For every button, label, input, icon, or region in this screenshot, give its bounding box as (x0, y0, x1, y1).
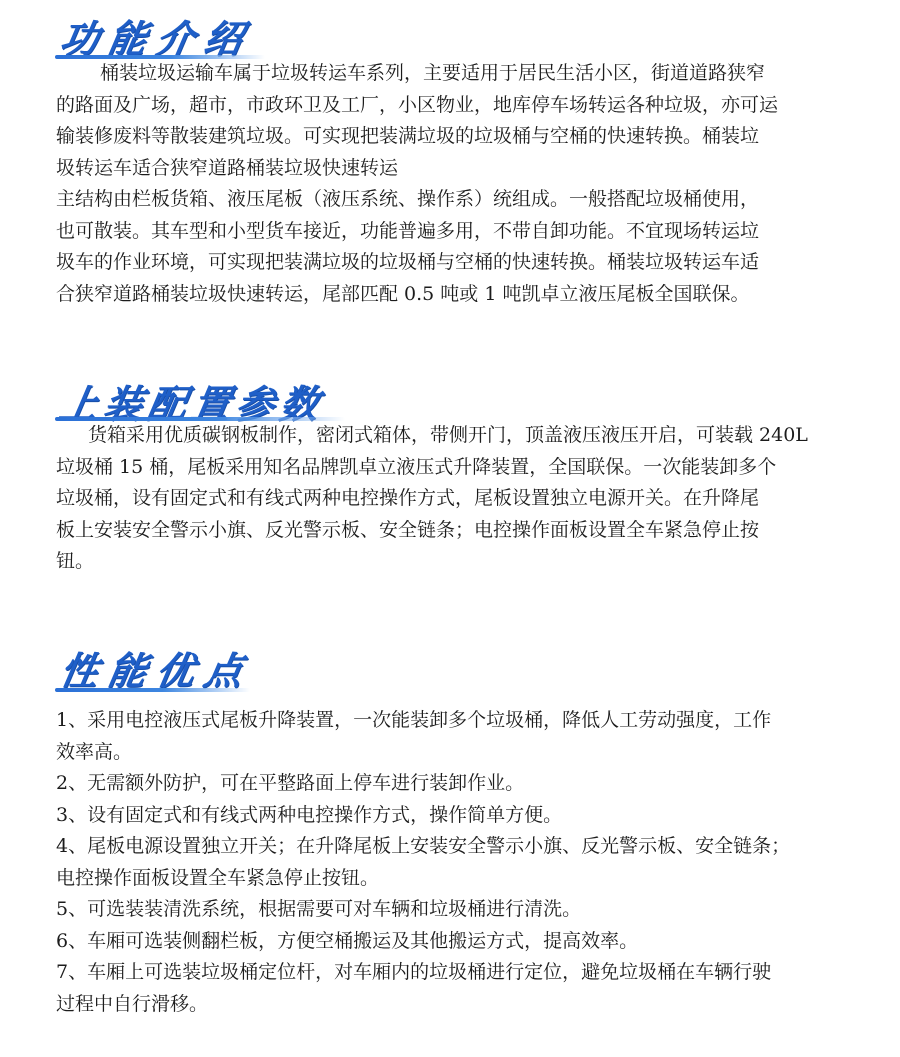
list-item: 4、尾板电源设置独立开关；在升降尾板上安装安全警示小旗、反光警示板、安全链条； (56, 831, 846, 863)
paragraph-line: 桶装垃圾运输车属于垃圾转运车系列，主要适用于居民生活小区，街道道路狭窄 (56, 58, 846, 90)
paragraph-line: 板上安装安全警示小旗、反光警示板、安全链条；电控操作面板设置全车紧急停止按 (56, 515, 846, 547)
list-item: 3、设有固定式和有线式两种电控操作方式，操作简单方便。 (56, 800, 846, 832)
list-item-continuation: 过程中自行滑移。 (56, 989, 846, 1021)
section-paragraph: 货箱采用优质碳钢板制作，密闭式箱体，带侧开门，顶盖液压液压开启，可装载 240L… (56, 420, 846, 578)
paragraph-line: 垃圾桶 15 桶，尾板采用知名品牌凯卓立液压式升降装置，全国联保。一次能装卸多个 (56, 452, 846, 484)
paragraph-line: 圾车的作业环境，可实现把装满垃圾的垃圾桶与空桶的快速转换。桶装垃圾转运车适 (56, 247, 846, 279)
list-item: 2、无需额外防护，可在平整路面上停车进行装卸作业。 (56, 768, 846, 800)
section-paragraph: 桶装垃圾运输车属于垃圾转运车系列，主要适用于居民生活小区，街道道路狭窄 的路面及… (56, 58, 846, 310)
list-item: 1、采用电控液压式尾板升降装置，一次能装卸多个垃圾桶，降低人工劳动强度，工作 (56, 705, 846, 737)
paragraph-line: 的路面及广场，超市，市政环卫及工厂，小区物业，地库停车场转运各种垃圾，亦可运 (56, 90, 846, 122)
paragraph-line: 圾转运车适合狭窄道路桶装垃圾快速转运 (56, 153, 846, 185)
list-item: 6、车厢可选装侧翻栏板，方便空桶搬运及其他搬运方式，提高效率。 (56, 926, 846, 958)
list-item-continuation: 电控操作面板设置全车紧急停止按钮。 (56, 863, 846, 895)
list-item-continuation: 效率高。 (56, 737, 846, 769)
section-heading: 性能优点 (56, 640, 258, 695)
heading-underline (55, 688, 250, 692)
paragraph-line: 垃圾桶，设有固定式和有线式两种电控操作方式，尾板设置独立电源开关。在升降尾 (56, 483, 846, 515)
paragraph-line: 输装修废料等散装建筑垃圾。可实现把装满垃圾的垃圾桶与空桶的快速转换。桶装垃 (56, 121, 846, 153)
paragraph-line: 合狭窄道路桶装垃圾快速转运，尾部匹配 0.5 吨或 1 吨凯卓立液压尾板全国联保… (56, 279, 846, 311)
paragraph-line: 货箱采用优质碳钢板制作，密闭式箱体，带侧开门，顶盖液压液压开启，可装载 240L (56, 420, 846, 452)
paragraph-line: 钮。 (56, 546, 846, 578)
paragraph-line: 也可散装。其车型和小型货车接近，功能普遍多用，不带自卸功能。不宜现场转运垃 (56, 216, 846, 248)
advantages-list: 1、采用电控液压式尾板升降装置，一次能装卸多个垃圾桶，降低人工劳动强度，工作 效… (56, 705, 846, 1020)
list-item: 5、可选装装清洗系统，根据需要可对车辆和垃圾桶进行清洗。 (56, 894, 846, 926)
list-item: 7、车厢上可选装垃圾桶定位杆，对车厢内的垃圾桶进行定位，避免垃圾桶在车辆行驶 (56, 957, 846, 989)
paragraph-line: 主结构由栏板货箱、液压尾板（液压系统、操作系）统组成。一般搭配垃圾桶使用， (56, 184, 846, 216)
